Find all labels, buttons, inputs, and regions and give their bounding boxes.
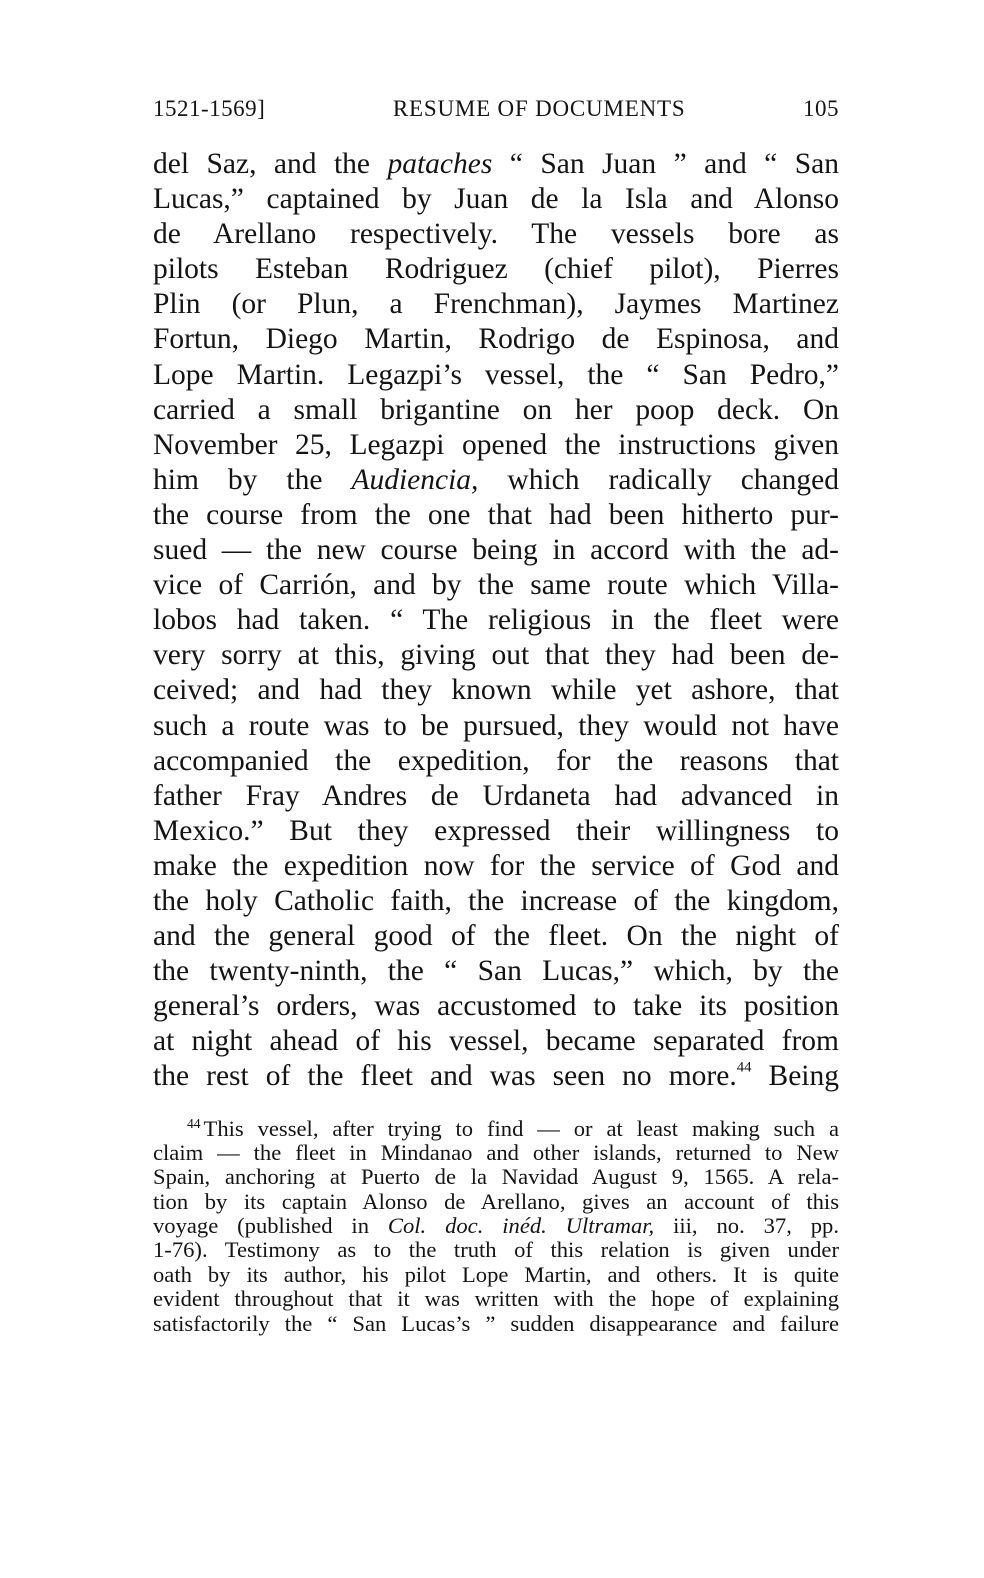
- body-line: del Saz, and the pataches “ San Juan ” a…: [153, 147, 839, 182]
- body-line: sued — the new course being in accord wi…: [153, 533, 839, 568]
- body-line: such a route was to be pursued, they wou…: [153, 709, 839, 744]
- body-line: Lucas,” captained by Juan de la Isla and…: [153, 182, 839, 217]
- running-head: 1521-1569] RESUME OF DOCUMENTS 105: [153, 96, 839, 130]
- running-title: RESUME OF DOCUMENTS: [393, 96, 686, 122]
- body-line: accompanied the expedition, for the reas…: [153, 744, 839, 779]
- footnote-line: oath by its author, his pilot Lope Marti…: [153, 1263, 839, 1287]
- footnote-marker: 44: [187, 1116, 201, 1131]
- body-line: general’s orders, was accustomed to take…: [153, 989, 839, 1024]
- body-line: Lope Martin. Legazpi’s vessel, the “ San…: [153, 358, 839, 393]
- footnote-line: voyage (published in Col. doc. inéd. Ult…: [153, 1214, 839, 1238]
- body-line: very sorry at this, giving out that they…: [153, 638, 839, 673]
- italic-term: Audiencia,: [351, 464, 478, 496]
- footnote-line: 44This vessel, after trying to find — or…: [153, 1117, 839, 1141]
- body-line: make the expedition now for the service …: [153, 849, 839, 884]
- footnote-line: evident throughout that it was written w…: [153, 1287, 839, 1311]
- body-line: Fortun, Diego Martin, Rodrigo de Espinos…: [153, 322, 839, 357]
- page-number: 105: [803, 96, 839, 122]
- footnote-line: 1-76). Testimony as to the truth of this…: [153, 1238, 839, 1262]
- body-line: the holy Catholic faith, the increase of…: [153, 884, 839, 919]
- body-line: Mexico.” But they expressed their willin…: [153, 814, 839, 849]
- body-line: and the general good of the fleet. On th…: [153, 919, 839, 954]
- body-line: at night ahead of his vessel, became sep…: [153, 1024, 839, 1059]
- body-line: vice of Carrión, and by the same route w…: [153, 568, 839, 603]
- body-line: the course from the one that had been hi…: [153, 498, 839, 533]
- footnote-reference[interactable]: 44: [737, 1060, 752, 1076]
- body-line: carried a small brigantine on her poop d…: [153, 393, 839, 428]
- italic-citation: Col. doc. inéd. Ultramar,: [388, 1213, 654, 1238]
- date-range: 1521-1569]: [153, 96, 265, 122]
- footnote: 44This vessel, after trying to find — or…: [153, 1117, 839, 1337]
- body-line: ceived; and had they known while yet ash…: [153, 673, 839, 708]
- footnote-line: satisfactorily the “ San Lucas’s ” sudde…: [153, 1312, 839, 1336]
- body-line: him by the Audiencia, which radically ch…: [153, 463, 839, 498]
- italic-term: pataches: [387, 148, 492, 180]
- body-line: Plin (or Plun, a Frenchman), Jaymes Mart…: [153, 287, 839, 322]
- footnote-line: Spain, anchoring at Puerto de la Navidad…: [153, 1165, 839, 1189]
- body-line: lobos had taken. “ The religious in the …: [153, 603, 839, 638]
- footnote-line: tion by its captain Alonso de Arellano, …: [153, 1190, 839, 1214]
- body-line: father Fray Andres de Urdaneta had advan…: [153, 779, 839, 814]
- body-line: November 25, Legazpi opened the instruct…: [153, 428, 839, 463]
- body-line: the rest of the fleet and was seen no mo…: [153, 1059, 839, 1094]
- footnote-line: claim — the fleet in Mindanao and other …: [153, 1141, 839, 1165]
- body-line: pilots Esteban Rodriguez (chief pilot), …: [153, 252, 839, 287]
- book-page: 1521-1569] RESUME OF DOCUMENTS 105 del S…: [153, 96, 839, 1336]
- body-text: del Saz, and the pataches “ San Juan ” a…: [153, 147, 839, 1095]
- body-line: de Arellano respectively. The vessels bo…: [153, 217, 839, 252]
- body-line: the twenty-ninth, the “ San Lucas,” whic…: [153, 954, 839, 989]
